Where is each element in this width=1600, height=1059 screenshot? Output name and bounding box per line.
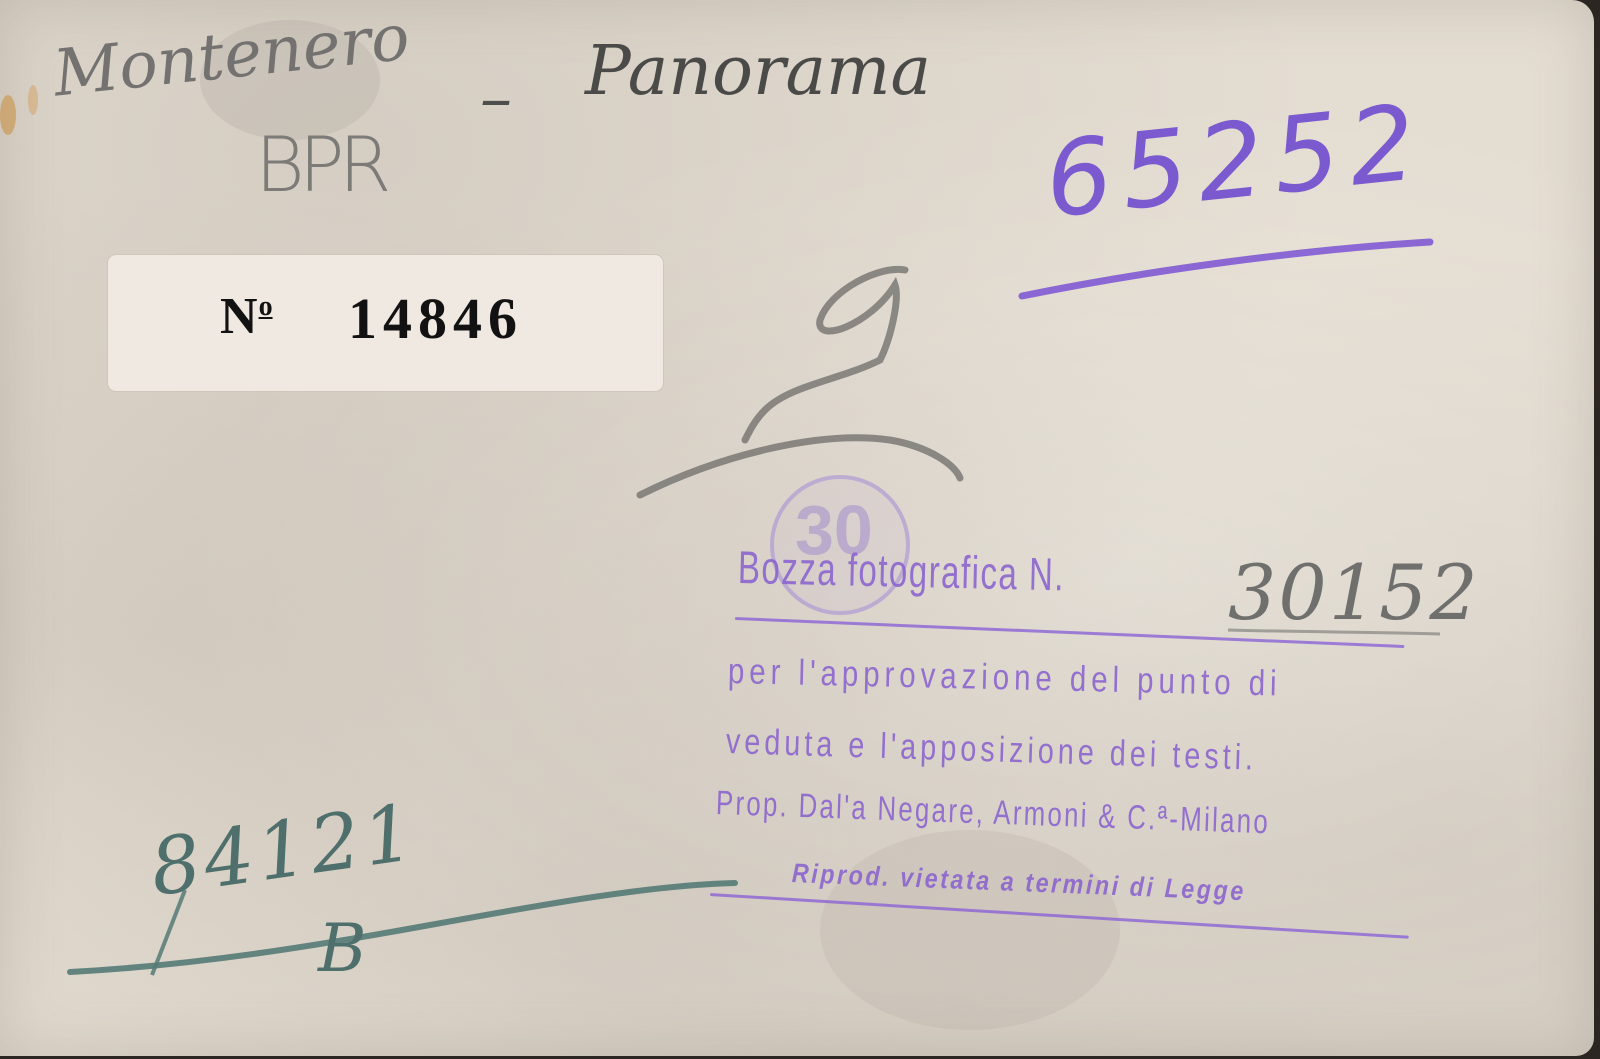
stamp-number-text: 30152 — [1228, 548, 1480, 637]
stamp-handwritten-number: 30152 — [1228, 548, 1480, 637]
bottom-handwritten-letter: B — [318, 910, 367, 987]
stamp-title-text: Bozza fotografica N. — [737, 541, 1065, 600]
bottom-letter-text: B — [318, 910, 367, 987]
photo-card-back: Montenero – Panorama BPR No 14846 65252 … — [0, 0, 1594, 1056]
stamp-line-1: Bozza fotografica N. — [737, 540, 1065, 601]
